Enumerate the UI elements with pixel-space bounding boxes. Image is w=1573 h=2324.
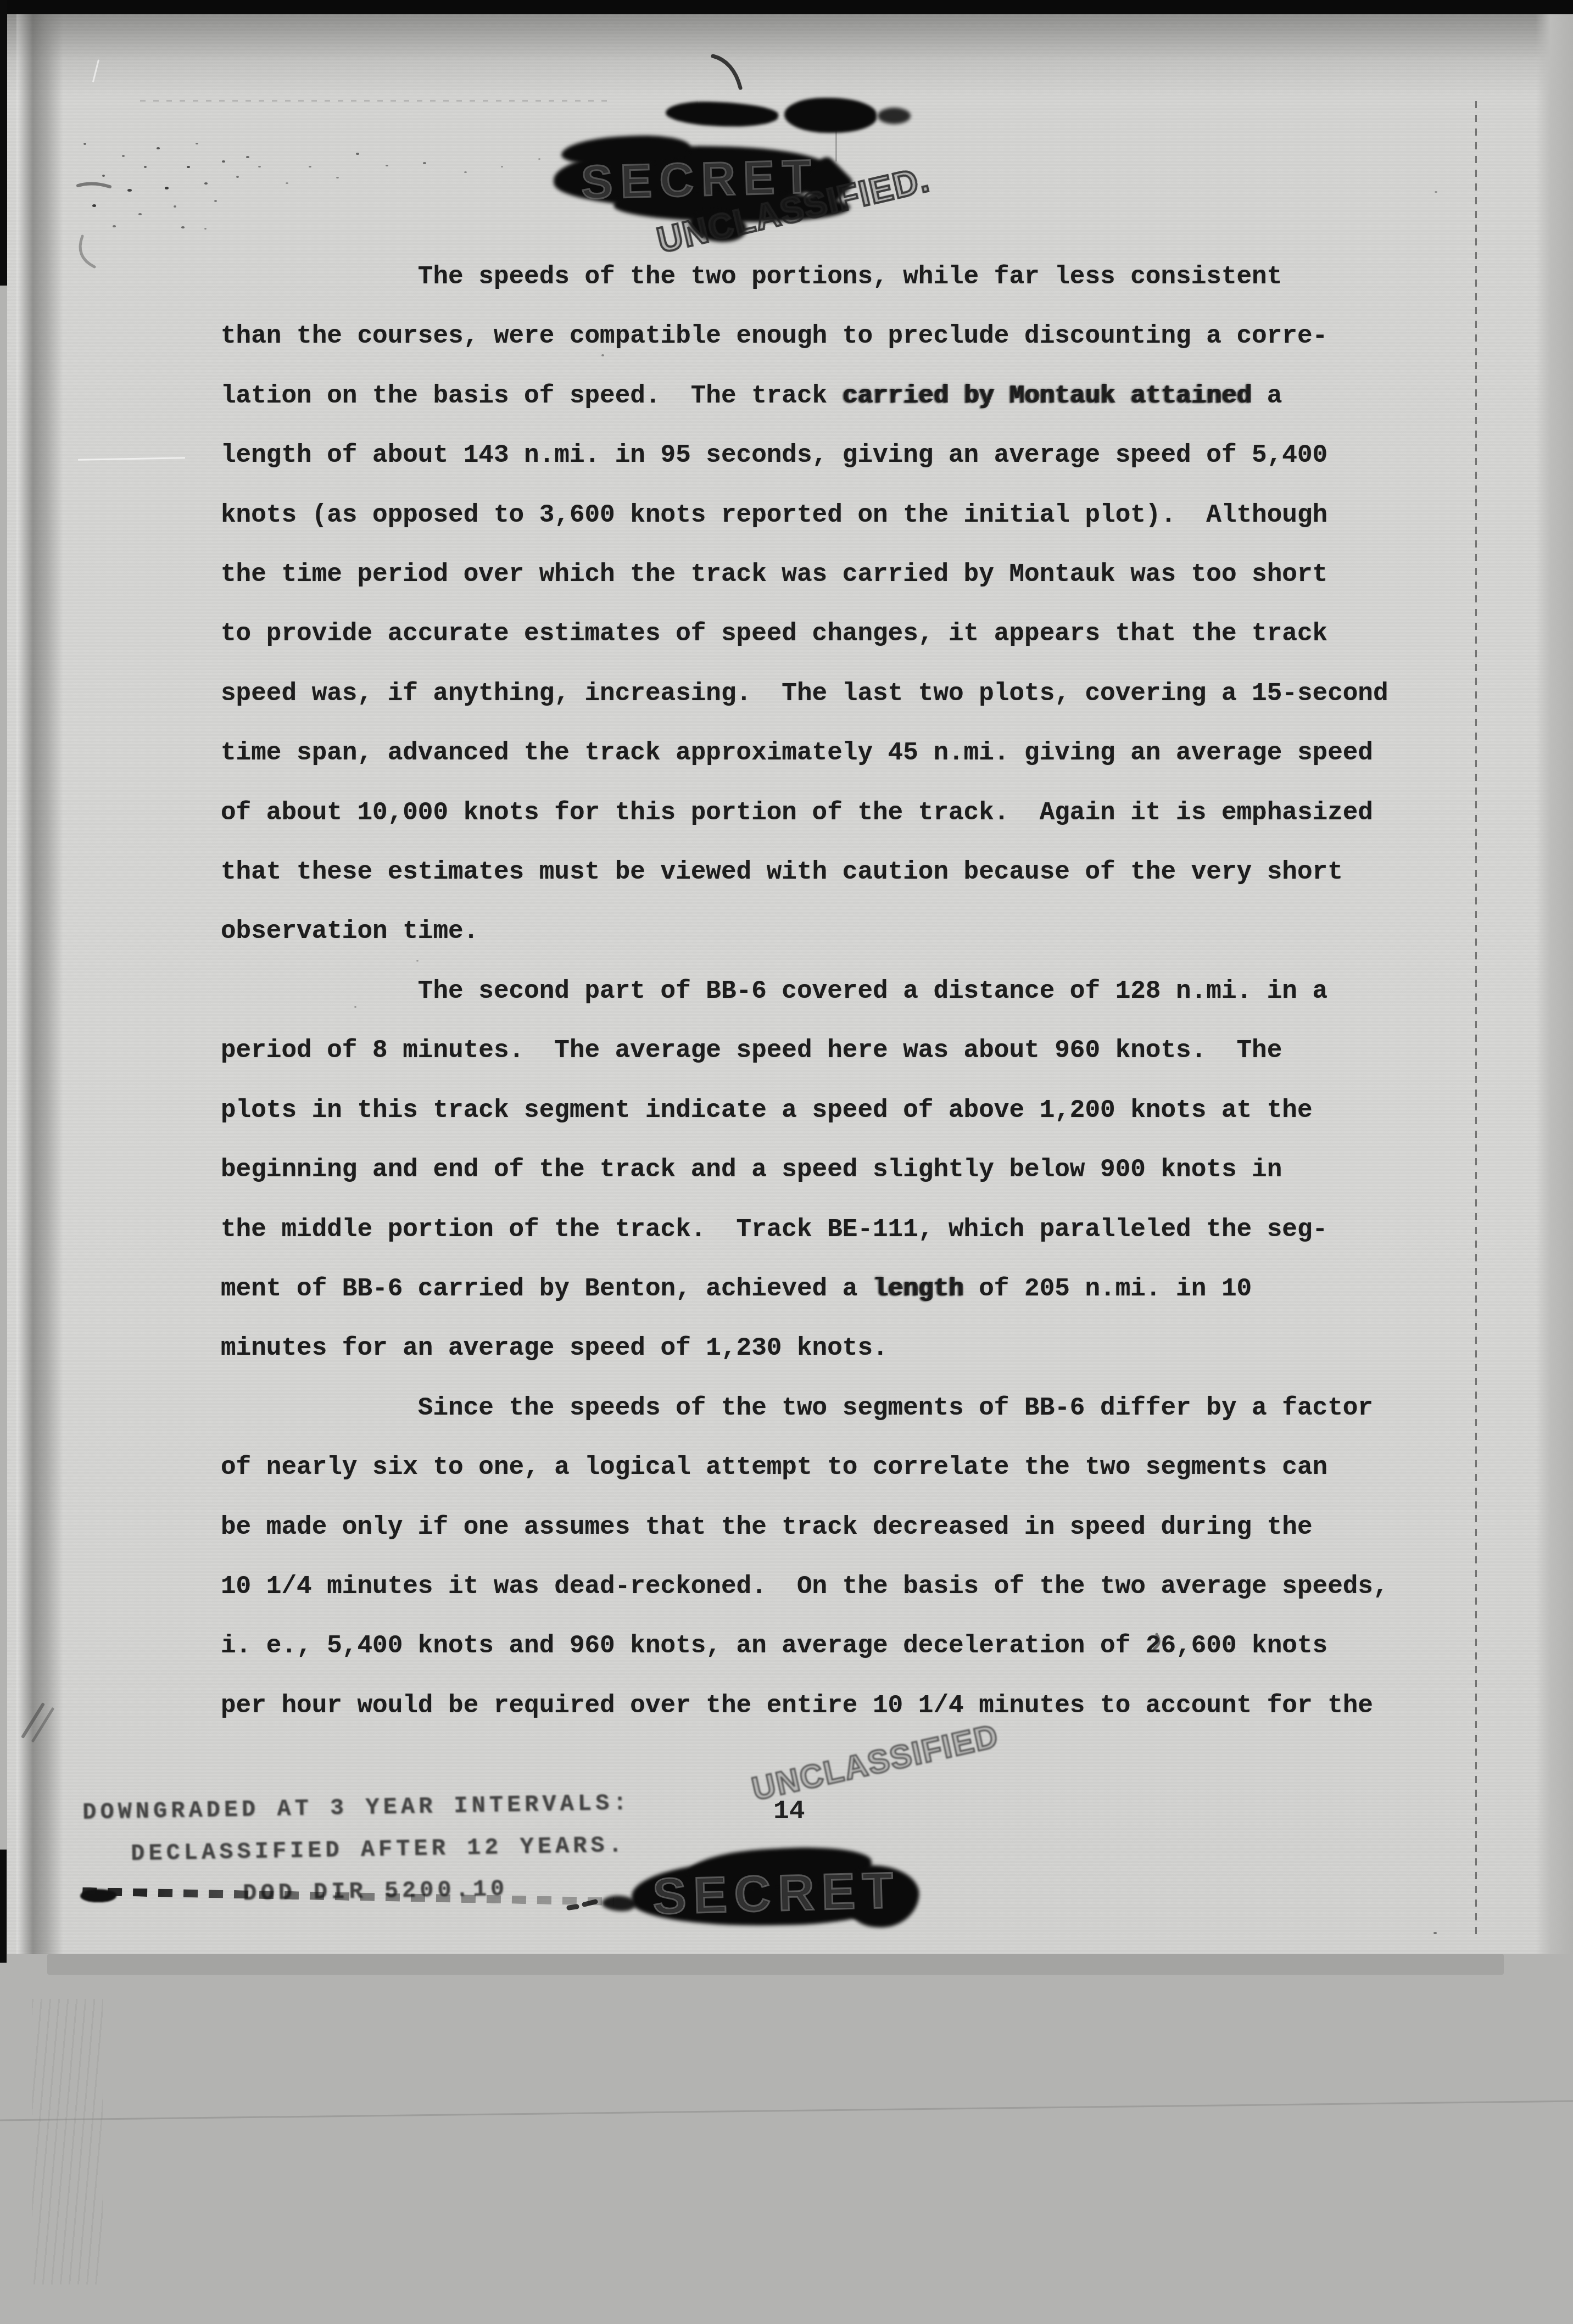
text-line: per hour would be required over the enti…	[221, 1676, 1446, 1735]
backing-crease	[0, 2100, 1573, 2121]
scan-left-edge-bottom	[0, 1850, 7, 1963]
ink-smear	[878, 108, 911, 124]
text-line: lation on the basis of speed. The track …	[221, 366, 1446, 426]
text-line: time span, advanced the track approximat…	[221, 723, 1446, 783]
scan-speck	[196, 143, 198, 144]
scan-speck	[144, 166, 147, 168]
faint-dotted-line-horizontal	[140, 100, 612, 102]
text-line: 10 1/4 minutes it was dead-reckoned. On …	[221, 1557, 1446, 1616]
backing-streaks	[32, 1999, 103, 2284]
scan-speck	[258, 166, 261, 167]
scan-speck	[222, 160, 225, 163]
scan-speck	[127, 189, 132, 192]
text-line: speed was, if anything, increasing. The …	[221, 664, 1446, 723]
text-line: The speeds of the two portions, while fa…	[221, 247, 1446, 306]
text-line: plots in this track segment indicate a s…	[221, 1081, 1446, 1140]
text-line: The second part of BB-6 covered a distan…	[221, 962, 1446, 1021]
scan-speck	[1435, 191, 1437, 193]
text-line: period of 8 minutes. The average speed h…	[221, 1021, 1446, 1080]
scan-speck	[204, 228, 207, 230]
text-line: the middle portion of the track. Track B…	[221, 1200, 1446, 1259]
text-line: be made only if one assumes that the tra…	[221, 1498, 1446, 1557]
scan-speck	[464, 171, 467, 173]
text-line: of nearly six to one, a logical attempt …	[221, 1438, 1446, 1497]
scan-speck	[113, 225, 116, 227]
scan-speck	[138, 213, 142, 215]
scan-speck	[1433, 1932, 1437, 1934]
page-bottom-shadow	[47, 1954, 1504, 1975]
text-line: beginning and end of the track and a spe…	[221, 1140, 1446, 1199]
scan-speck	[83, 143, 86, 145]
ink-smear	[784, 98, 877, 133]
text-line: length of about 143 n.mi. in 95 seconds,…	[221, 426, 1446, 485]
text-line: ment of BB-6 carried by Benton, achieved…	[221, 1259, 1446, 1319]
scan-speck	[187, 166, 190, 168]
scan-speck	[214, 200, 217, 202]
document-body: The speeds of the two portions, while fa…	[221, 247, 1446, 1735]
text-line: of about 10,000 knots for this portion o…	[221, 783, 1446, 842]
scan-speck	[386, 165, 388, 166]
scan-speck	[336, 177, 339, 178]
scan-speck	[356, 153, 359, 155]
scan-speck	[286, 182, 288, 184]
text-line: Since the speeds of the two segments of …	[221, 1378, 1446, 1438]
text-line: i. e., 5,400 knots and 960 knots, an ave…	[221, 1616, 1446, 1675]
text-line: minutes for an average speed of 1,230 kn…	[221, 1319, 1446, 1378]
text-line: knots (as opposed to 3,600 knots reporte…	[221, 485, 1446, 545]
text-line: than the courses, were compatible enough…	[221, 306, 1446, 366]
secret-stamp-bottom: SECRET	[652, 1862, 901, 1926]
scan-speck	[157, 147, 160, 149]
scan-speck	[122, 155, 125, 157]
scan-top-edge	[0, 0, 1573, 14]
scan-speck	[236, 176, 239, 178]
scan-speck	[423, 162, 426, 164]
text-line: the time period over which the track was…	[221, 545, 1446, 604]
scanned-document-screenshot: { "document": { "lines": [ " The speeds …	[0, 0, 1573, 2324]
scan-speck	[92, 204, 96, 207]
scan-speck	[165, 187, 169, 189]
text-line: observation time.	[221, 902, 1446, 961]
scan-speck	[501, 166, 503, 167]
scan-speck	[204, 182, 208, 185]
scan-speck	[181, 226, 185, 228]
scan-speck	[538, 158, 540, 160]
overstruck-text: carried by Montauk attained	[843, 382, 1252, 410]
overstruck-text: length	[873, 1275, 964, 1303]
faint-dotted-line-vertical	[1475, 101, 1477, 1940]
text-line: to provide accurate estimates of speed c…	[221, 604, 1446, 663]
binding-shadow	[16, 14, 63, 1954]
scan-speck	[309, 166, 311, 167]
scan-speck	[102, 175, 105, 177]
scan-speck	[174, 205, 176, 208]
scan-speck	[246, 156, 249, 158]
text-line: that these estimates must be viewed with…	[221, 842, 1446, 902]
page-right-edge	[1536, 14, 1573, 1954]
scan-left-edge-top	[0, 0, 7, 286]
